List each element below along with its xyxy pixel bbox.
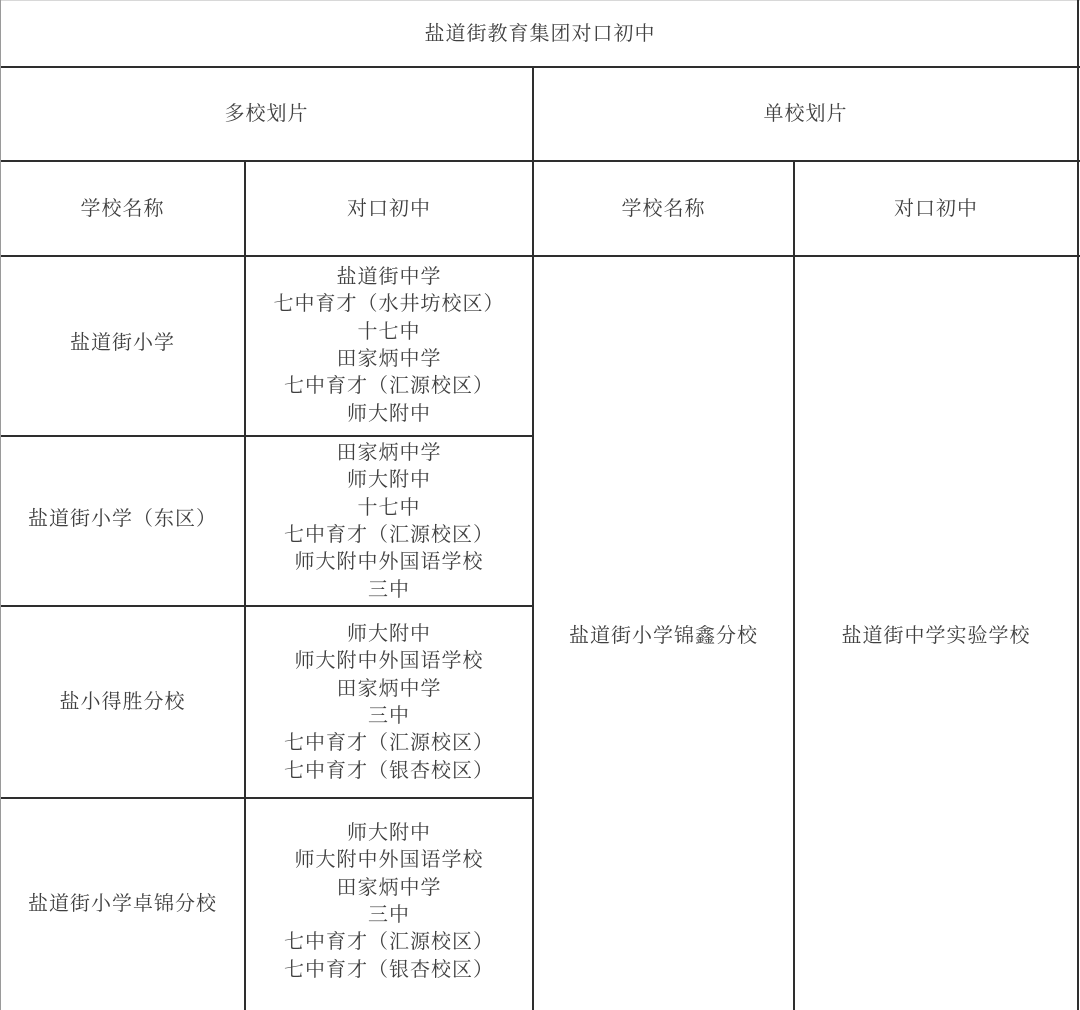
target-school: 七中育才（水井坊校区） [274,290,505,317]
single-school-cell: 盐道街小学锦鑫分校 [533,256,794,1010]
target-school: 十七中 [358,494,421,521]
target-list: 田家炳中学 师大附中 十七中 七中育才（汇源校区） 师大附中外国语学校 三中 [284,439,494,603]
target-school: 师大附中外国语学校 [295,846,484,873]
school-name: 盐道街小学（东区） [28,505,217,532]
target-list: 师大附中 师大附中外国语学校 田家炳中学 三中 七中育才（汇源校区） 七中育才（… [284,819,494,983]
school-name: 盐小得胜分校 [60,688,186,715]
target-school: 七中育才（汇源校区） [284,729,494,756]
target-school: 师大附中 [347,466,431,493]
column-header-single-target: 对口初中 [794,161,1078,256]
school-district-table: 盐道街教育集团对口初中 多校划片 单校划片 学校名称 对口初中 学校名称 对口初… [0,0,1080,1010]
target-school: 师大附中外国语学校 [295,548,484,575]
target-school: 田家炳中学 [337,345,442,372]
target-school: 七中育才（银杏校区） [284,956,494,983]
column-header-label: 学校名称 [81,195,165,222]
multi-target-cell: 盐道街中学 七中育才（水井坊校区） 十七中 田家炳中学 七中育才（汇源校区） 师… [245,256,533,436]
target-school: 田家炳中学 [337,874,442,901]
multi-target-cell: 师大附中 师大附中外国语学校 田家炳中学 三中 七中育才（汇源校区） 七中育才（… [245,606,533,798]
target-list: 师大附中 师大附中外国语学校 田家炳中学 三中 七中育才（汇源校区） 七中育才（… [284,620,494,784]
column-header-label: 学校名称 [622,195,706,222]
column-header-multi-school: 学校名称 [0,161,245,256]
target-school: 师大附中外国语学校 [295,647,484,674]
single-target-cell: 盐道街中学实验学校 [794,256,1078,1010]
target-school: 七中育才（汇源校区） [284,372,494,399]
column-header-label: 对口初中 [347,195,431,222]
target-school: 七中育才（汇源校区） [284,521,494,548]
multi-school-cell: 盐小得胜分校 [0,606,245,798]
multi-target-cell: 师大附中 师大附中外国语学校 田家炳中学 三中 七中育才（汇源校区） 七中育才（… [245,798,533,1010]
multi-target-cell: 田家炳中学 师大附中 十七中 七中育才（汇源校区） 师大附中外国语学校 三中 [245,436,533,606]
target-school: 七中育才（银杏校区） [284,757,494,784]
section-header-multi: 多校划片 [0,67,533,161]
section-header-single: 单校划片 [533,67,1078,161]
multi-school-cell: 盐道街小学 [0,256,245,436]
column-header-single-school: 学校名称 [533,161,794,256]
target-school: 十七中 [358,318,421,345]
column-header-multi-target: 对口初中 [245,161,533,256]
section-single-label: 单校划片 [764,100,848,127]
target-school: 盐道街中学实验学校 [842,622,1031,649]
section-multi-label: 多校划片 [225,100,309,127]
target-list: 盐道街中学 七中育才（水井坊校区） 十七中 田家炳中学 七中育才（汇源校区） 师… [274,263,505,427]
target-school: 师大附中 [347,620,431,647]
column-header-label: 对口初中 [894,195,978,222]
target-school: 三中 [368,901,410,928]
target-school: 盐道街中学 [337,263,442,290]
table-title-text: 盐道街教育集团对口初中 [425,20,656,47]
target-school: 三中 [368,702,410,729]
target-school: 七中育才（汇源校区） [284,928,494,955]
school-name: 盐道街小学 [70,329,175,356]
target-school: 师大附中 [347,400,431,427]
target-school: 田家炳中学 [337,675,442,702]
multi-school-cell: 盐道街小学（东区） [0,436,245,606]
target-school: 师大附中 [347,819,431,846]
school-name: 盐道街小学卓锦分校 [28,890,217,917]
table-title: 盐道街教育集团对口初中 [0,0,1080,67]
multi-school-cell: 盐道街小学卓锦分校 [0,798,245,1010]
target-school: 田家炳中学 [337,439,442,466]
school-name: 盐道街小学锦鑫分校 [569,622,758,649]
target-school: 三中 [368,576,410,603]
